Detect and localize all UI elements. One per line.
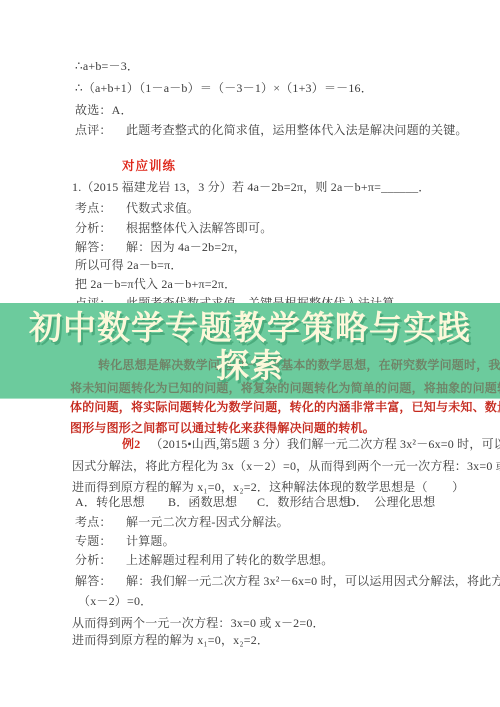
example-2-intro-line: 因式分解法，将此方程化为 3x（x－2）=0，从而得到两个一元一次方程：3x=0… (72, 459, 500, 474)
banner-title-line2: 探索 (0, 346, 500, 386)
zhuanti-label: 专题： (75, 534, 113, 549)
option-a: A．转化思想 (75, 495, 145, 510)
solution-step-line: 所以可得 2a－b=π． (75, 258, 183, 273)
kaodian-line: 考点： 代数式求值。 (75, 201, 199, 216)
zhuanti-text: 计算题。 (126, 534, 175, 549)
example-2-intro-line: 进而得到原方程的解为 x₁=0，x₂=2．这种解法体现的数学思想是（ ） (72, 480, 464, 495)
example-2-intro-text: （2015•山西,第5题 3 分）我们解一元二次方程 3x²－6x=0 时，可以… (150, 437, 500, 451)
fenxi-label: 分析： (75, 553, 113, 568)
example-2-label: 例2 (122, 437, 140, 451)
solution-step-line: 进而得到原方程的解为 x₁=0，x₂=2． (72, 633, 269, 648)
jieda-text: 解：我们解一元二次方程 3x²－6x=0 时，可以运用因式分解法，将此方程化为 … (126, 574, 500, 589)
question-1-line: 1.（2015 福建龙岩 13，3 分）若 4a－2b=2π，则 2a－b+π=… (72, 180, 430, 195)
solution-step-line: 从而得到两个一元一次方程：3x=0 或 x－2=0． (72, 616, 325, 631)
transform-paragraph-line: 体的问题，将实际问题转化为数学问题，转化的内涵非常丰富，已知与未知、数量与图形、 (70, 400, 500, 415)
fenxi-line: 分析： 根据整体代入法解答即可。 (75, 221, 272, 236)
jieda-label: 解答： (75, 574, 113, 589)
options-row: A．转化思想 B．函数思想 C．数形结合思想 D． 公理化思想 (75, 495, 455, 510)
comment-line: 点评： 此题考查整式的化简求值，运用整体代入法是解决问题的关键。 (75, 123, 468, 138)
jieda-label: 解答： (75, 240, 113, 255)
answer-choice-line: 故选：A． (75, 103, 133, 118)
option-d: D． 公理化思想 (347, 495, 435, 510)
solution-step-line: （x－2）=0． (78, 594, 152, 609)
kaodian-label: 考点： (75, 515, 113, 530)
comment-text: 此题考查整式的化简求值，运用整体代入法是解决问题的关键。 (126, 123, 468, 138)
kaodian-text: 解一元二次方程-因式分解法。 (126, 515, 289, 530)
transform-paragraph-line: 图形与图形之间都可以通过转化来获得解决问题的转机。 (70, 421, 375, 436)
kaodian-line: 考点： 解一元二次方程-因式分解法。 (75, 515, 289, 530)
solution-step-line: ∴（a+b+1）（1－a－b）＝（－3－1）×（1+3）＝－16． (75, 81, 373, 96)
fenxi-label: 分析： (75, 221, 113, 236)
document-page: ∴a+b=－3． ∴（a+b+1）（1－a－b）＝（－3－1）×（1+3）＝－1… (0, 0, 500, 707)
solution-step-line: 把 2a－b=π代入 2a－b+π=2π． (75, 277, 236, 292)
jieda-line: 解答： 解：因为 4a－2b=2π， (75, 240, 246, 255)
jieda-line: 解答： 解：我们解一元二次方程 3x²－6x=0 时，可以运用因式分解法，将此方… (75, 574, 500, 589)
option-b: B．函数思想 (168, 495, 237, 510)
solution-step-line: ∴a+b=－3． (75, 59, 139, 74)
kaodian-text: 代数式求值。 (126, 201, 199, 216)
fenxi-line: 分析： 上述解题过程利用了转化的数学思想。 (75, 553, 333, 568)
fenxi-text: 根据整体代入法解答即可。 (126, 221, 272, 236)
example-2-intro-line: 例2（2015•山西,第5题 3 分）我们解一元二次方程 3x²－6x=0 时，… (122, 437, 500, 452)
option-c: C．数形结合思想 (257, 495, 351, 510)
jieda-text: 解：因为 4a－2b=2π， (126, 240, 246, 255)
zhuanti-line: 专题： 计算题。 (75, 534, 175, 549)
fenxi-text: 上述解题过程利用了转化的数学思想。 (126, 553, 333, 568)
banner-title-line1: 初中数学专题教学策略与实践 (0, 308, 500, 348)
training-heading: 对应训练 (122, 159, 176, 174)
kaodian-label: 考点： (75, 201, 113, 216)
comment-label: 点评： (75, 123, 113, 138)
